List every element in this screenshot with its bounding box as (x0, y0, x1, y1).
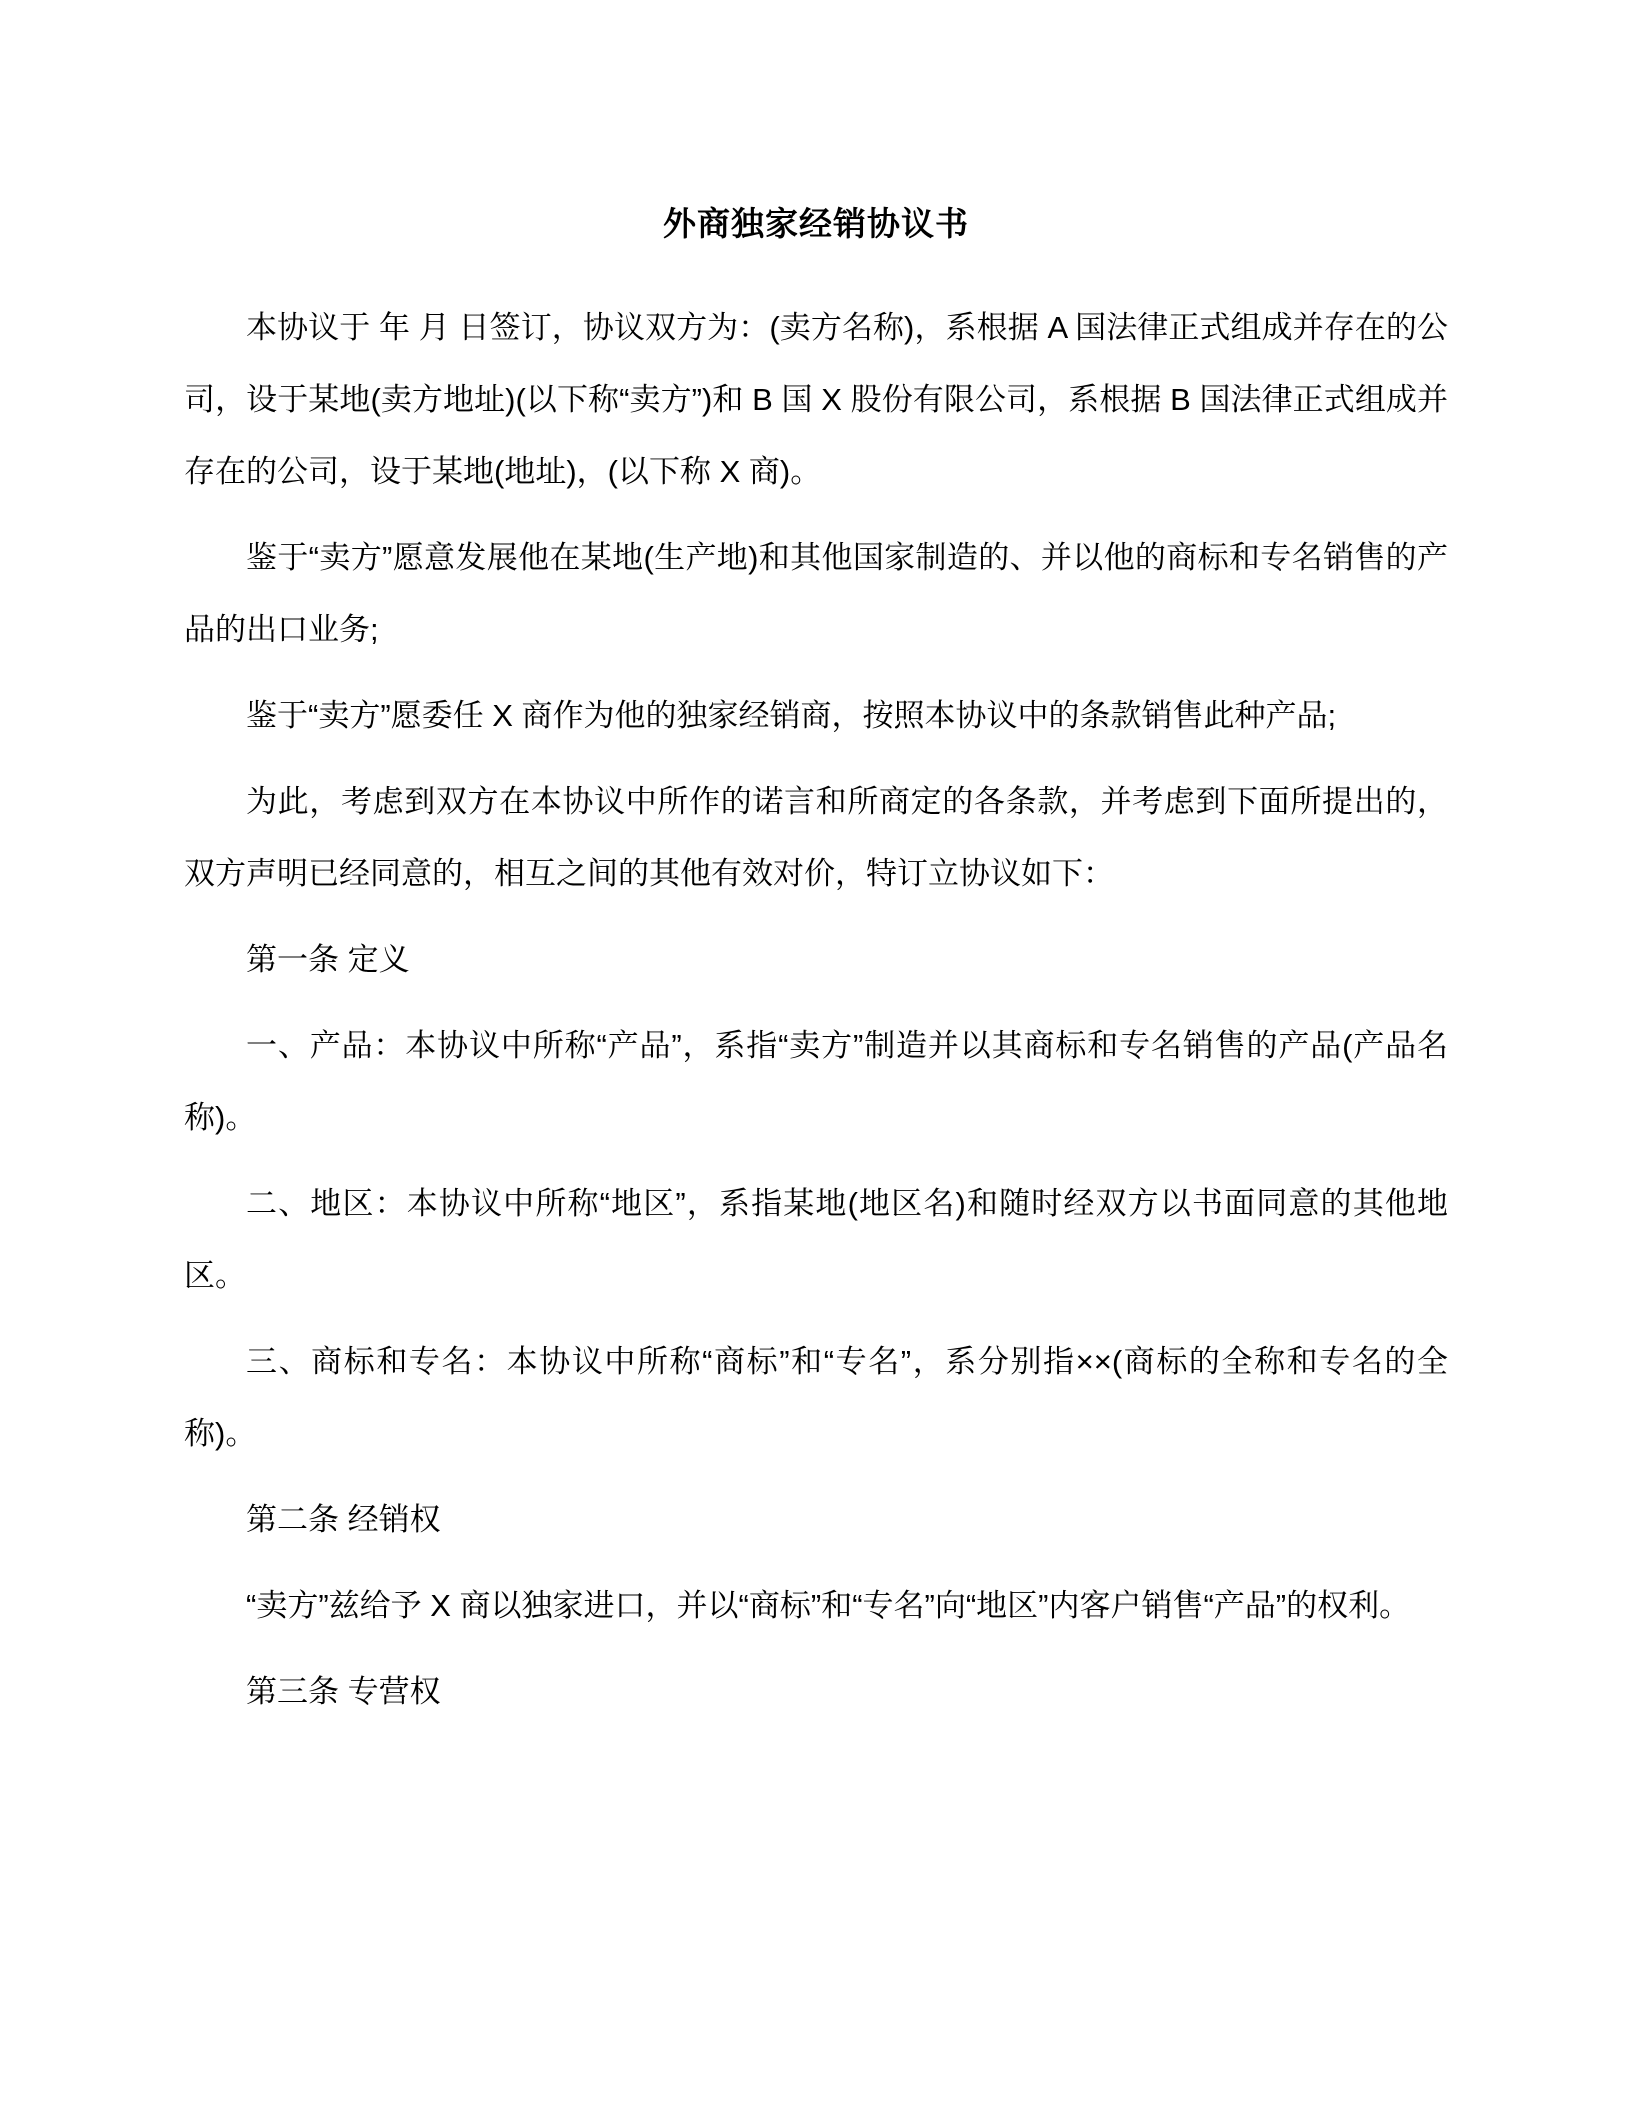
paragraph-whereas-2: 鉴于“卖方”愿委任 X 商作为他的独家经销商，按照本协议中的条款销售此种产品; (184, 680, 1448, 752)
section-heading-article-1: 第一条 定义 (184, 924, 1448, 996)
document-title: 外商独家经销协议书 (184, 200, 1448, 248)
paragraph-whereas-1: 鉴于“卖方”愿意发展他在某地(生产地)和其他国家制造的、并以他的商标和专名销售的… (184, 522, 1448, 666)
section-heading-article-3: 第三条 专营权 (184, 1656, 1448, 1728)
document-page: 外商独家经销协议书 本协议于 年 月 日签订，协议双方为：(卖方名称)，系根据 … (0, 0, 1632, 2112)
paragraph-definition-2: 二、地区：本协议中所称“地区”，系指某地(地区名)和随时经双方以书面同意的其他地… (184, 1168, 1448, 1312)
paragraph-preamble: 本协议于 年 月 日签订，协议双方为：(卖方名称)，系根据 A 国法律正式组成并… (184, 292, 1448, 508)
paragraph-distribution: “卖方”兹给予 X 商以独家进口，并以“商标”和“专名”向“地区”内客户销售“产… (184, 1570, 1448, 1642)
paragraph-definition-3: 三、商标和专名：本协议中所称“商标”和“专名”，系分别指××(商标的全称和专名的… (184, 1326, 1448, 1470)
section-heading-article-2: 第二条 经销权 (184, 1484, 1448, 1556)
paragraph-definition-1: 一、产品：本协议中所称“产品”，系指“卖方”制造并以其商标和专名销售的产品(产品… (184, 1010, 1448, 1154)
paragraph-consideration: 为此，考虑到双方在本协议中所作的诺言和所商定的各条款，并考虑到下面所提出的，双方… (184, 766, 1448, 910)
document-content: 外商独家经销协议书 本协议于 年 月 日签订，协议双方为：(卖方名称)，系根据 … (184, 200, 1448, 1742)
